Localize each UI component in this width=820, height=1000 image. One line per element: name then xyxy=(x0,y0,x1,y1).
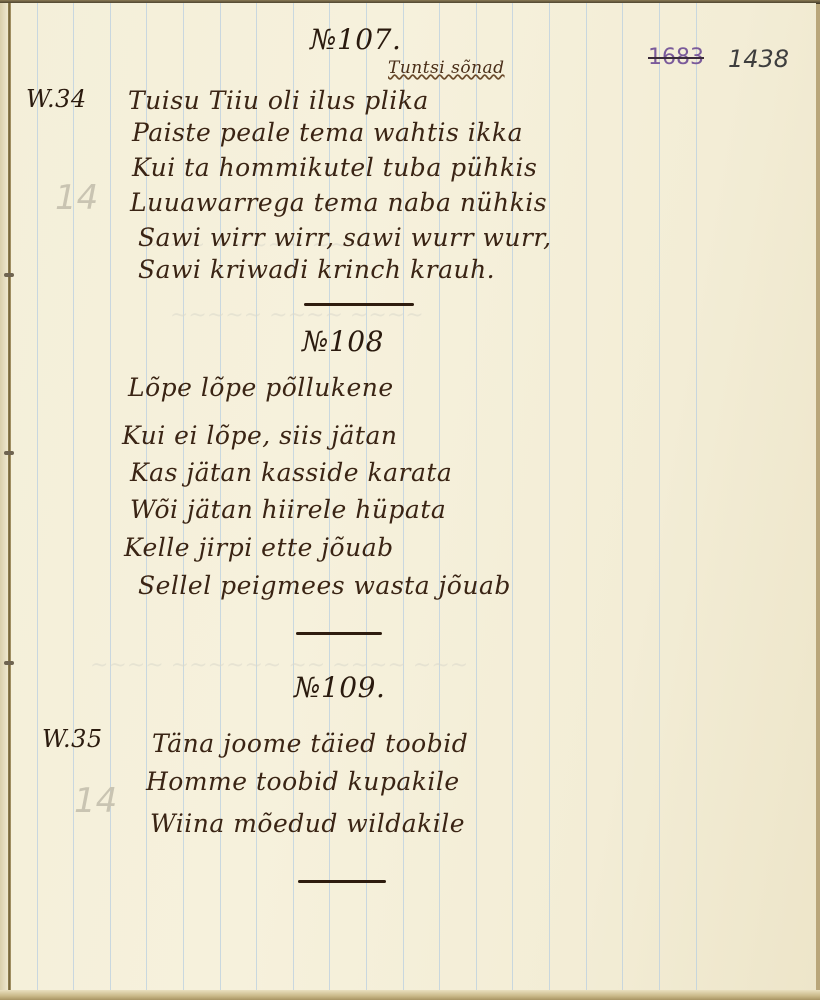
section-divider xyxy=(298,880,386,883)
manuscript-page: ~~~ ~~~~~ ~~~~ ~~~~~ ~~~~ ~~~~ ~~~~ ~~~~… xyxy=(0,3,816,993)
page-bottom-edge xyxy=(0,990,820,1000)
binding-shadow xyxy=(0,3,8,993)
verse-line: Luuawarrega tema naba nühkis xyxy=(130,188,547,217)
ruled-line xyxy=(659,3,660,993)
ruled-line xyxy=(37,3,38,993)
verse-line: Kelle jirpi ette jõuab xyxy=(124,533,394,562)
margin-reference: W.35 xyxy=(42,725,103,753)
verse-line: Kui ei lõpe, siis jätan xyxy=(122,421,397,450)
verse-line: Sawi kriwadi krinch krauh. xyxy=(138,255,495,284)
bleed-through: ~~~~~ ~~~~ ~~~~ xyxy=(170,303,424,328)
bleed-through: ~~~~ ~~~~~~ ~~ ~~~~ ~~~ xyxy=(90,653,468,678)
margin-reference: W.34 xyxy=(26,85,87,113)
verse-line: Sellel peigmees wasta jõuab xyxy=(138,571,511,600)
binding-stitch xyxy=(4,661,14,665)
section-divider xyxy=(296,632,382,635)
song-number: №107. xyxy=(310,23,401,56)
ruled-line xyxy=(476,3,477,993)
binding-spine xyxy=(8,3,11,993)
verse-line: Paiste peale tema wahtis ikka xyxy=(132,118,523,147)
song-title: Tuntsi sõnad xyxy=(388,58,505,78)
song-number: №108 xyxy=(302,325,384,358)
pencil-note: 14 xyxy=(55,178,98,218)
ruled-line xyxy=(586,3,587,993)
ruled-line xyxy=(73,3,74,993)
binding-stitch xyxy=(4,273,14,277)
ruled-line xyxy=(622,3,623,993)
song-number: №109. xyxy=(294,671,385,704)
archive-number: 1438 xyxy=(728,45,789,73)
old-archive-number: 1683 xyxy=(648,45,704,70)
verse-line: Kas jätan kasside karata xyxy=(130,458,452,487)
verse-line: Sawi wirr wirr, sawi wurr wurr, xyxy=(138,223,552,252)
pencil-note: 14 xyxy=(74,781,117,821)
verse-line: Kui ta hommikutel tuba pühkis xyxy=(132,153,537,182)
binding-stitch xyxy=(4,451,14,455)
section-divider xyxy=(304,303,414,306)
verse-line: Wõi jätan hiirele hüpata xyxy=(130,495,446,524)
ruled-line xyxy=(512,3,513,993)
verse-line: Wiina mõedud wildakile xyxy=(150,809,465,838)
verse-line: Tuisu Tiiu oli ilus plika xyxy=(128,86,429,115)
verse-line: Täna joome täied toobid xyxy=(152,729,468,758)
ruled-line xyxy=(110,3,111,993)
verse-line: Homme toobid kupakile xyxy=(146,767,460,796)
ruled-line xyxy=(696,3,697,993)
ruled-line xyxy=(549,3,550,993)
verse-line: Lõpe lõpe põllukene xyxy=(128,373,394,402)
